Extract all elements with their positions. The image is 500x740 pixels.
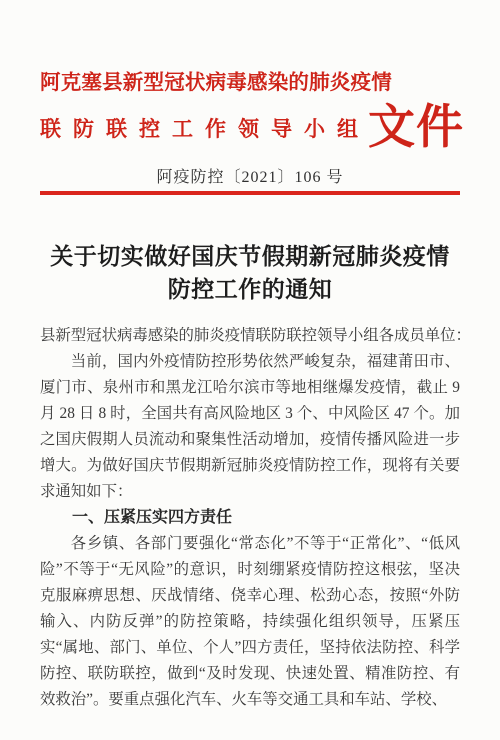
- doc-number: 阿疫防控〔2021〕106 号: [40, 168, 460, 188]
- section-1-paragraph: 各乡镇、各部门要强化“常态化”不等于“正常化”、“低风险”不等于“无风险”的意识…: [40, 531, 460, 713]
- document-title: 关于切实做好国庆节假期新冠肺炎疫情 防控工作的通知: [40, 240, 460, 306]
- document-letterhead: 阿克塞县新型冠状病毒感染的肺炎疫情 联防联控工作领导小组 文件: [40, 70, 460, 148]
- document-body: 县新型冠状病毒感染的肺炎疫情联防联控领导小组各成员单位： 当前，国内外疫情防控形…: [40, 323, 460, 713]
- intro-paragraph: 当前，国内外疫情防控形势依然严峻复杂，福建莆田市、厦门市、泉州市和黑龙江哈尔滨市…: [40, 349, 460, 505]
- red-divider: [40, 191, 460, 195]
- org-name-line1: 阿克塞县新型冠状病毒感染的肺炎疫情: [40, 70, 460, 96]
- letterhead-row2: 联防联控工作领导小组 文件: [40, 108, 460, 148]
- salutation-line: 县新型冠状病毒感染的肺炎疫情联防联控领导小组各成员单位：: [40, 323, 460, 349]
- document-title-line1: 关于切实做好国庆节假期新冠肺炎疫情: [40, 240, 460, 273]
- section-1-heading: 一、压紧压实四方责任: [40, 505, 460, 531]
- document-title-line2: 防控工作的通知: [40, 273, 460, 306]
- document-page: 阿克塞县新型冠状病毒感染的肺炎疫情 联防联控工作领导小组 文件 阿疫防控〔202…: [0, 0, 500, 740]
- doc-type-label: 文件: [368, 106, 464, 148]
- org-name-line2: 联防联控工作领导小组: [40, 115, 370, 148]
